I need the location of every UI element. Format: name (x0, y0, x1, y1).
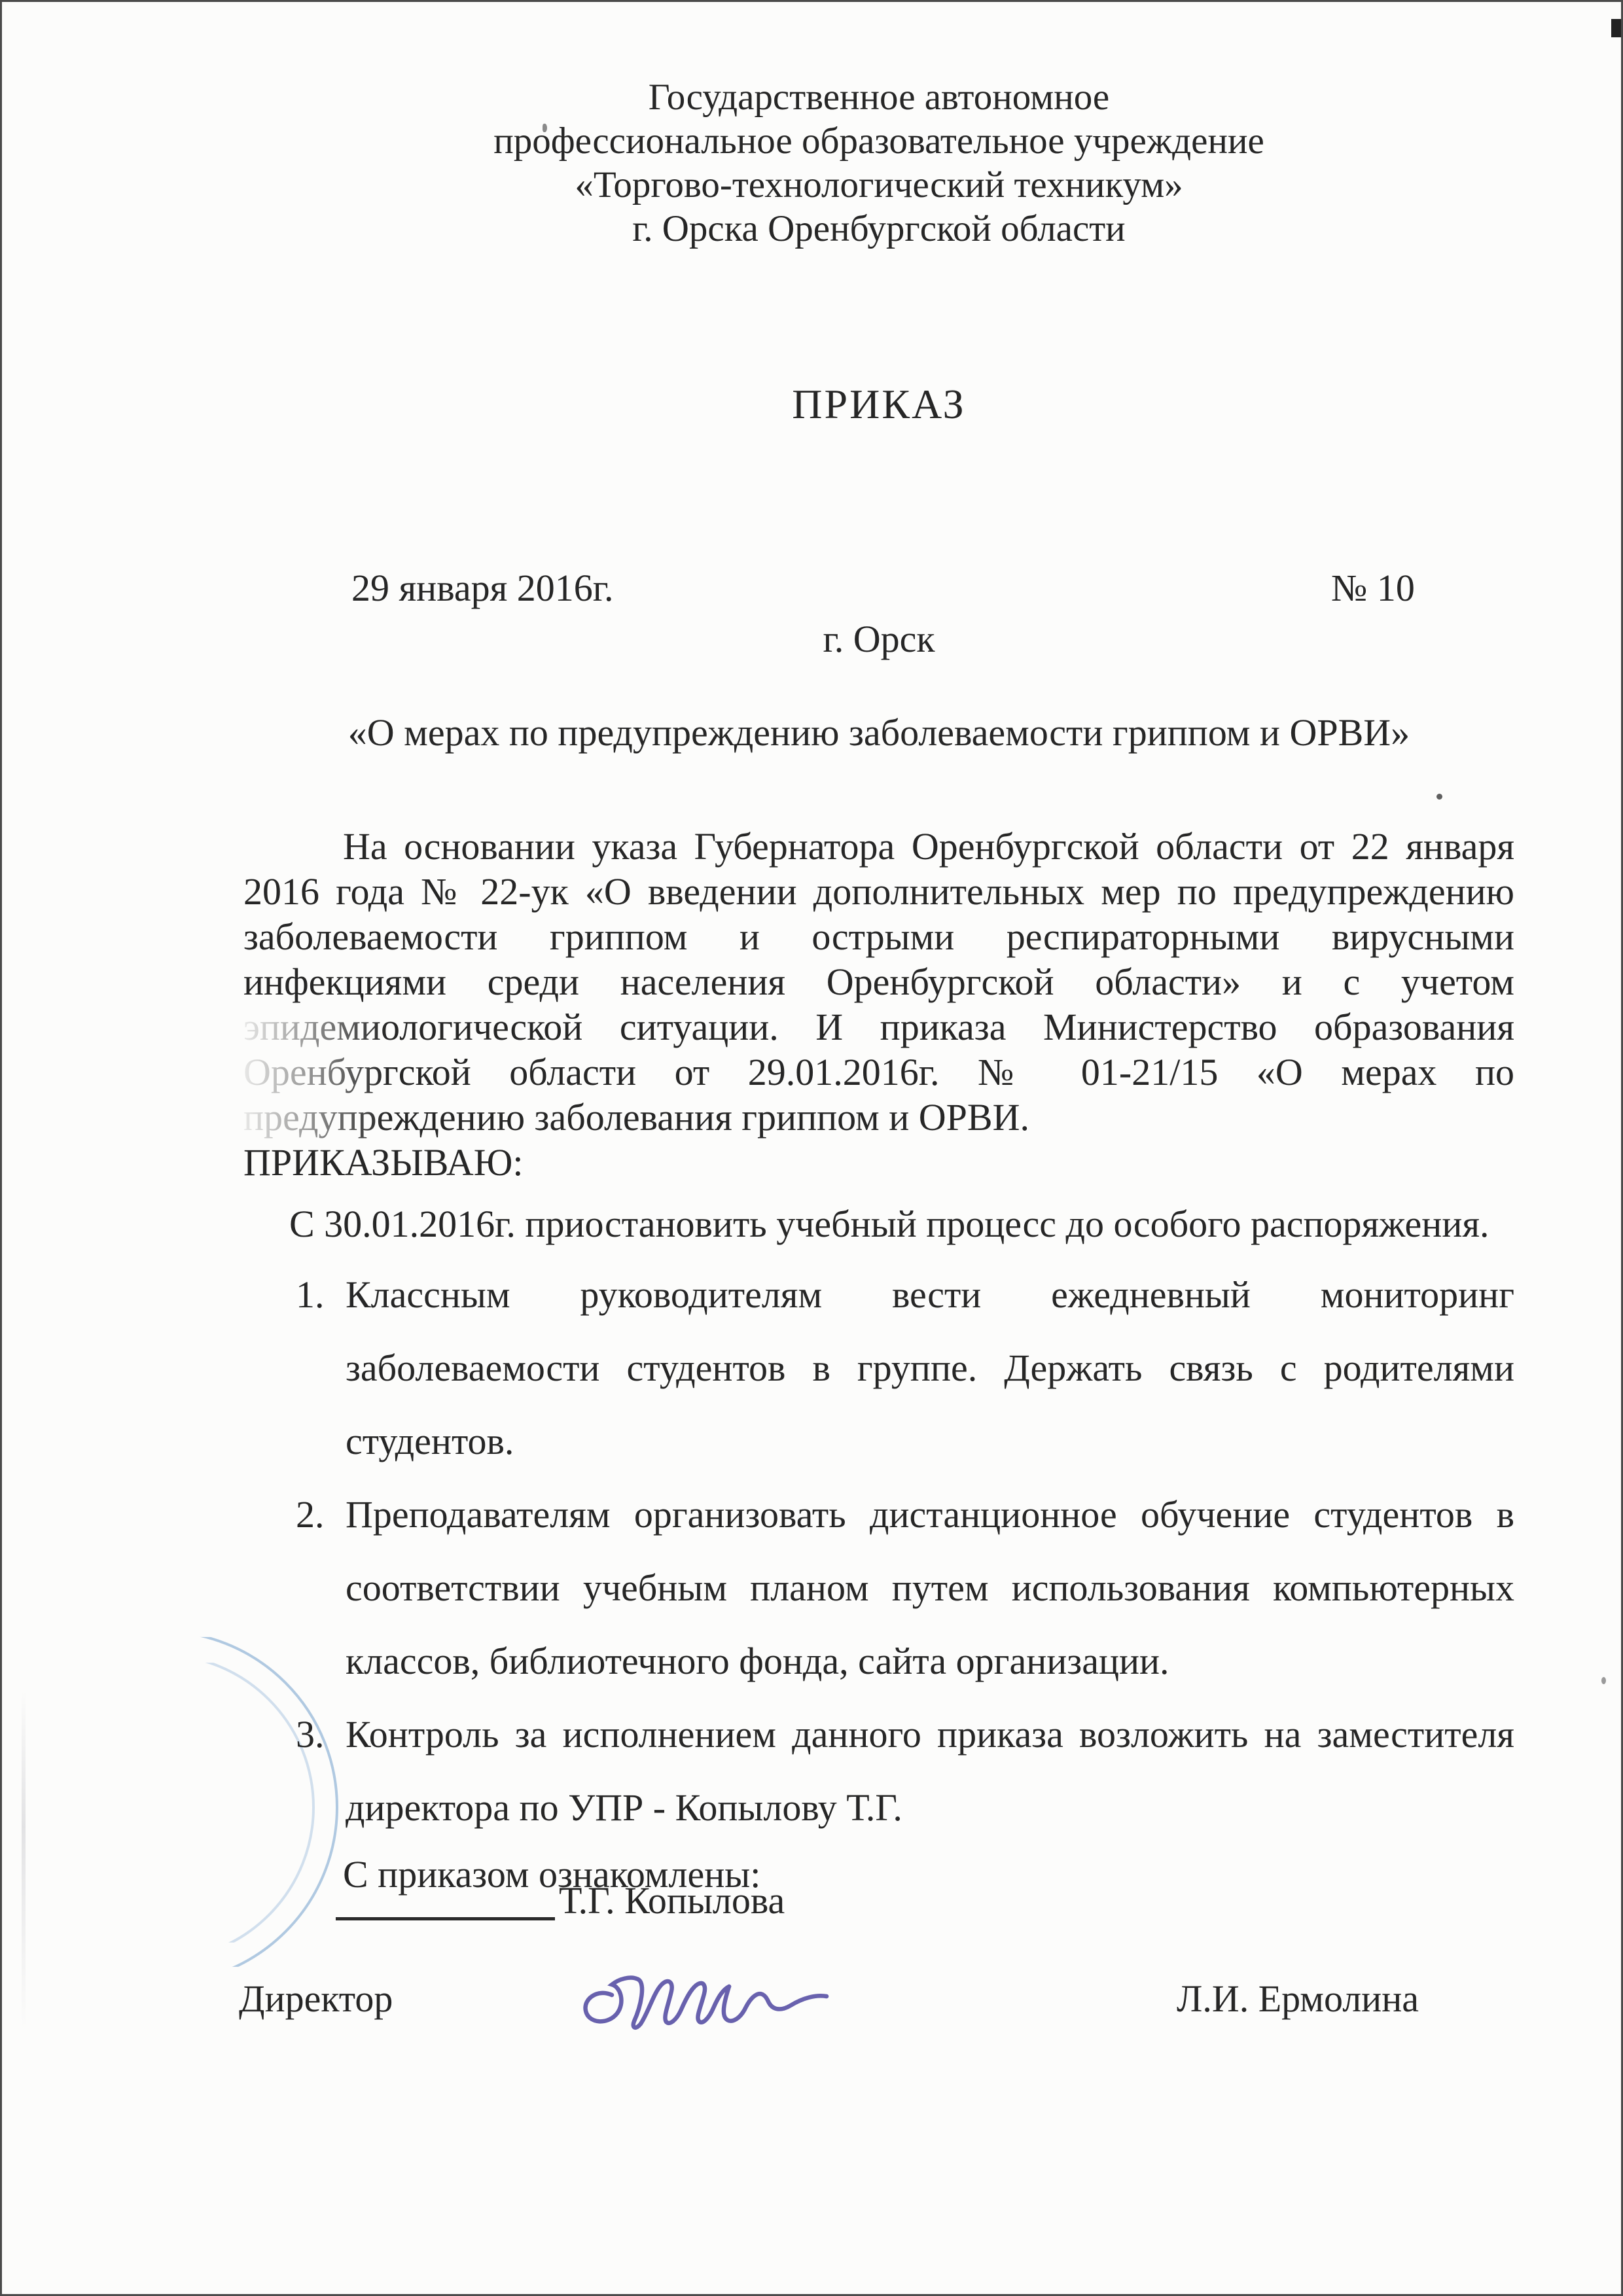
subject-line: «О мерах по предупреждению заболеваемост… (243, 711, 1514, 754)
preamble-line: инфекциями среди населения Оренбургской … (243, 959, 1514, 1004)
handwritten-signature (570, 1947, 838, 2045)
item-text: Преподавателям организовать дистанционно… (346, 1478, 1514, 1551)
scan-speck-artifact (1601, 1677, 1606, 1684)
preamble-line: На основании указа Губернатора Оренбургс… (243, 824, 1514, 869)
item-text: Классным руководителям вести ежедневный … (346, 1258, 1514, 1332)
organization-header: Государственное автономное профессиональ… (243, 75, 1514, 251)
item-line: классов, библиотечного фонда, сайта орга… (243, 1625, 1514, 1698)
item-text: заболеваемости студентов в группе. Держа… (346, 1332, 1514, 1405)
scan-speck-artifact (543, 124, 547, 132)
preamble-line: заболеваемости гриппом и острыми респира… (243, 914, 1514, 959)
ack-signatory-name: Т.Г. Копылова (555, 1881, 785, 1920)
item-text: студентов. (346, 1405, 1514, 1478)
item-text: классов, библиотечного фонда, сайта орга… (346, 1625, 1514, 1698)
scan-crease-artifact (22, 1690, 26, 2030)
item-number: 2. (296, 1478, 346, 1551)
item-line: директора по УПР - Копылову Т.Г. (243, 1771, 1514, 1845)
item-number: 3. (296, 1698, 346, 1771)
preamble-line: эпидемиологической ситуации. И приказа М… (243, 1004, 1514, 1050)
preamble-line: 2016 года № 22-ук «О введении дополнител… (243, 869, 1514, 914)
preamble: На основании указа Губернатора Оренбургс… (243, 824, 1514, 1140)
director-name: Л.И. Ермолина (1177, 1977, 1419, 2021)
item-line: 3.Контроль за исполнением данного приказ… (243, 1698, 1514, 1771)
item-line: студентов. (243, 1405, 1514, 1478)
date-number-row: 29 января 2016г. № 10 (2, 566, 1623, 612)
order-number: № 10 (1331, 566, 1415, 610)
item-text: директора по УПР - Копылову Т.Г. (346, 1771, 1514, 1845)
item-number: 1. (296, 1258, 346, 1332)
ack-signature-row: Т.Г. Копылова (336, 1881, 785, 1924)
document-type-heading: ПРИКАЗ (243, 380, 1514, 429)
item-line: 2.Преподавателям организовать дистанцион… (243, 1478, 1514, 1551)
scan-edge-artifact (1611, 19, 1621, 37)
directive-line: С 30.01.2016г. приостановить учебный про… (243, 1203, 1514, 1245)
scan-speck-artifact (1436, 794, 1442, 800)
item-line: 1.Классным руководителям вести ежедневны… (243, 1258, 1514, 1332)
preamble-line: Оренбургской области от 29.01.2016г. № 0… (243, 1050, 1514, 1095)
signature-blank-line (336, 1882, 555, 1920)
resolution-label: ПРИКАЗЫВАЮ: (243, 1142, 523, 1184)
org-line: г. Орска Оренбургской области (243, 207, 1514, 251)
order-items: 1.Классным руководителям вести ежедневны… (243, 1258, 1514, 1845)
preamble-line: предупреждению заболевания гриппом и ОРВ… (243, 1095, 1514, 1140)
item-line: заболеваемости студентов в группе. Держа… (243, 1332, 1514, 1405)
order-date: 29 января 2016г. (351, 566, 614, 610)
scanned-order-document: Государственное автономное профессиональ… (0, 0, 1623, 2296)
item-text: соответствии учебным планом путем исполь… (346, 1551, 1514, 1625)
item-text: Контроль за исполнением данного приказа … (346, 1698, 1514, 1771)
org-line: профессиональное образовательное учрежде… (243, 119, 1514, 163)
director-position-label: Директор (239, 1977, 393, 2021)
org-line: «Торгово-технологический техникум» (243, 163, 1514, 207)
org-line: Государственное автономное (243, 75, 1514, 119)
city-line: г. Орск (243, 617, 1514, 661)
item-line: соответствии учебным планом путем исполь… (243, 1551, 1514, 1625)
